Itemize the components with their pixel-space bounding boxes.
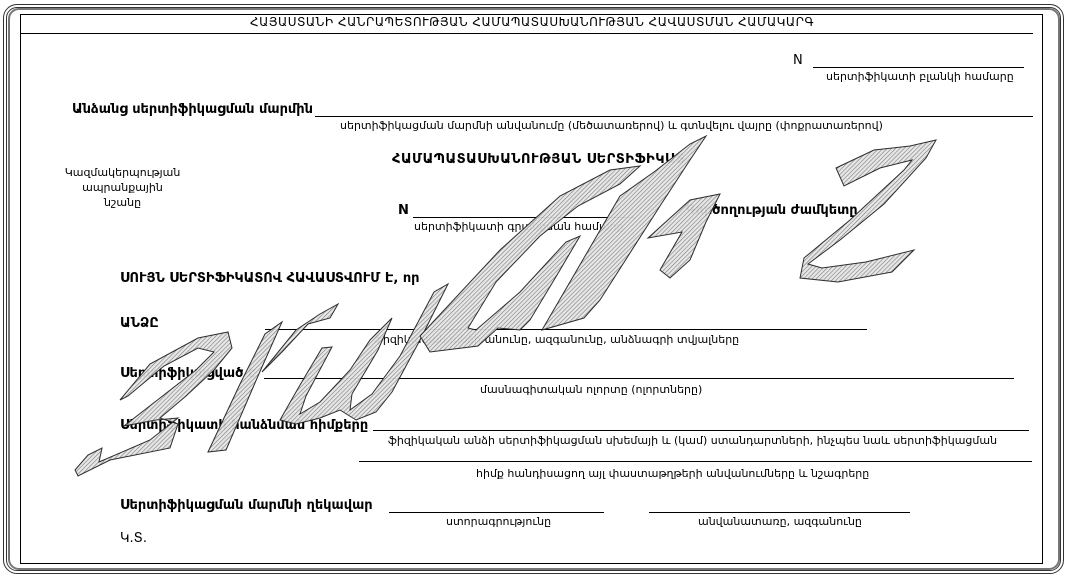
form-area (20, 14, 1043, 564)
statement-text: ՍՈՒՅՆ ՍԵՐՏԻՖԻԿԱՏՈՎ ՀԱՎԱՍՏՎՈՒՄ Է, որ (120, 271, 420, 286)
name-caption: անվանատառը, ազգանունը (698, 515, 862, 528)
header-rule (21, 33, 1033, 34)
signature-field[interactable] (389, 512, 604, 513)
basis-field-2[interactable] (359, 461, 1032, 462)
blank-number-prefix: N (793, 53, 803, 68)
reg-number-caption: սերտիֆիկատի գրանցման համարը (414, 220, 624, 233)
name-field[interactable] (649, 512, 910, 513)
trademark-line-3: նշանը (55, 195, 190, 210)
issuer-field[interactable] (315, 116, 1033, 117)
certified-caption: մասնագիտական ոլորտը (ոլորտները) (480, 383, 702, 396)
person-field[interactable] (265, 329, 867, 330)
head-label: Սերտիֆիկացման մարմնի ղեկավար (120, 498, 373, 513)
signature-caption: ստորագրությունը (446, 515, 551, 528)
basis-field-1[interactable] (373, 430, 1029, 431)
system-title: ՀԱՅԱՍՏԱՆԻ ՀԱՆՐԱՊԵՏՈՒԹՅԱՆ ՀԱՄԱՊԱՏԱՍԽԱՆՈՒԹ… (21, 15, 1043, 29)
seal-label: Կ.Տ. (120, 531, 147, 546)
trademark-placeholder: Կազմակերպության ապրանքային նշանը (55, 165, 190, 210)
certificate-title: ՀԱՄԱՊԱՏԱՍԽԱՆՈՒԹՅԱՆ ՍԵՐՏԻՖԻԿԱՏ (392, 152, 686, 167)
basis-caption-2: հիմք հանդիսացող այլ փաստաթղթերի անվանում… (476, 467, 869, 480)
person-label: ԱՆՁԸ (120, 316, 159, 331)
person-caption: ֆիզիկական անձի անունը, ազգանունը, անձնագ… (374, 333, 739, 346)
trademark-line-2: ապրանքային (55, 180, 190, 195)
basis-caption-1: ֆիզիկական անձի սերտիֆիկացման սխեմայի և (… (388, 434, 997, 447)
trademark-line-1: Կազմակերպության (55, 165, 190, 180)
issuer-caption: սերտիֆիկացման մարմնի անվանումը (մեծատառե… (340, 119, 883, 132)
validity-label: Գործողության ժամկետը (686, 203, 858, 218)
issuer-label: Անձանց սերտիֆիկացման մարմին (72, 102, 313, 117)
blank-number-field[interactable] (813, 67, 1024, 68)
certified-field[interactable] (264, 378, 1014, 379)
certified-label: Սերտիֆիկացված է (120, 366, 255, 381)
blank-number-caption: սերտիֆիկատի բլանկի համարը (826, 70, 1014, 83)
reg-number-field[interactable] (413, 217, 635, 218)
reg-number-prefix: N (398, 203, 409, 218)
basis-label: Սերտիֆիկատի հանձնման հիմքերը (120, 418, 368, 433)
